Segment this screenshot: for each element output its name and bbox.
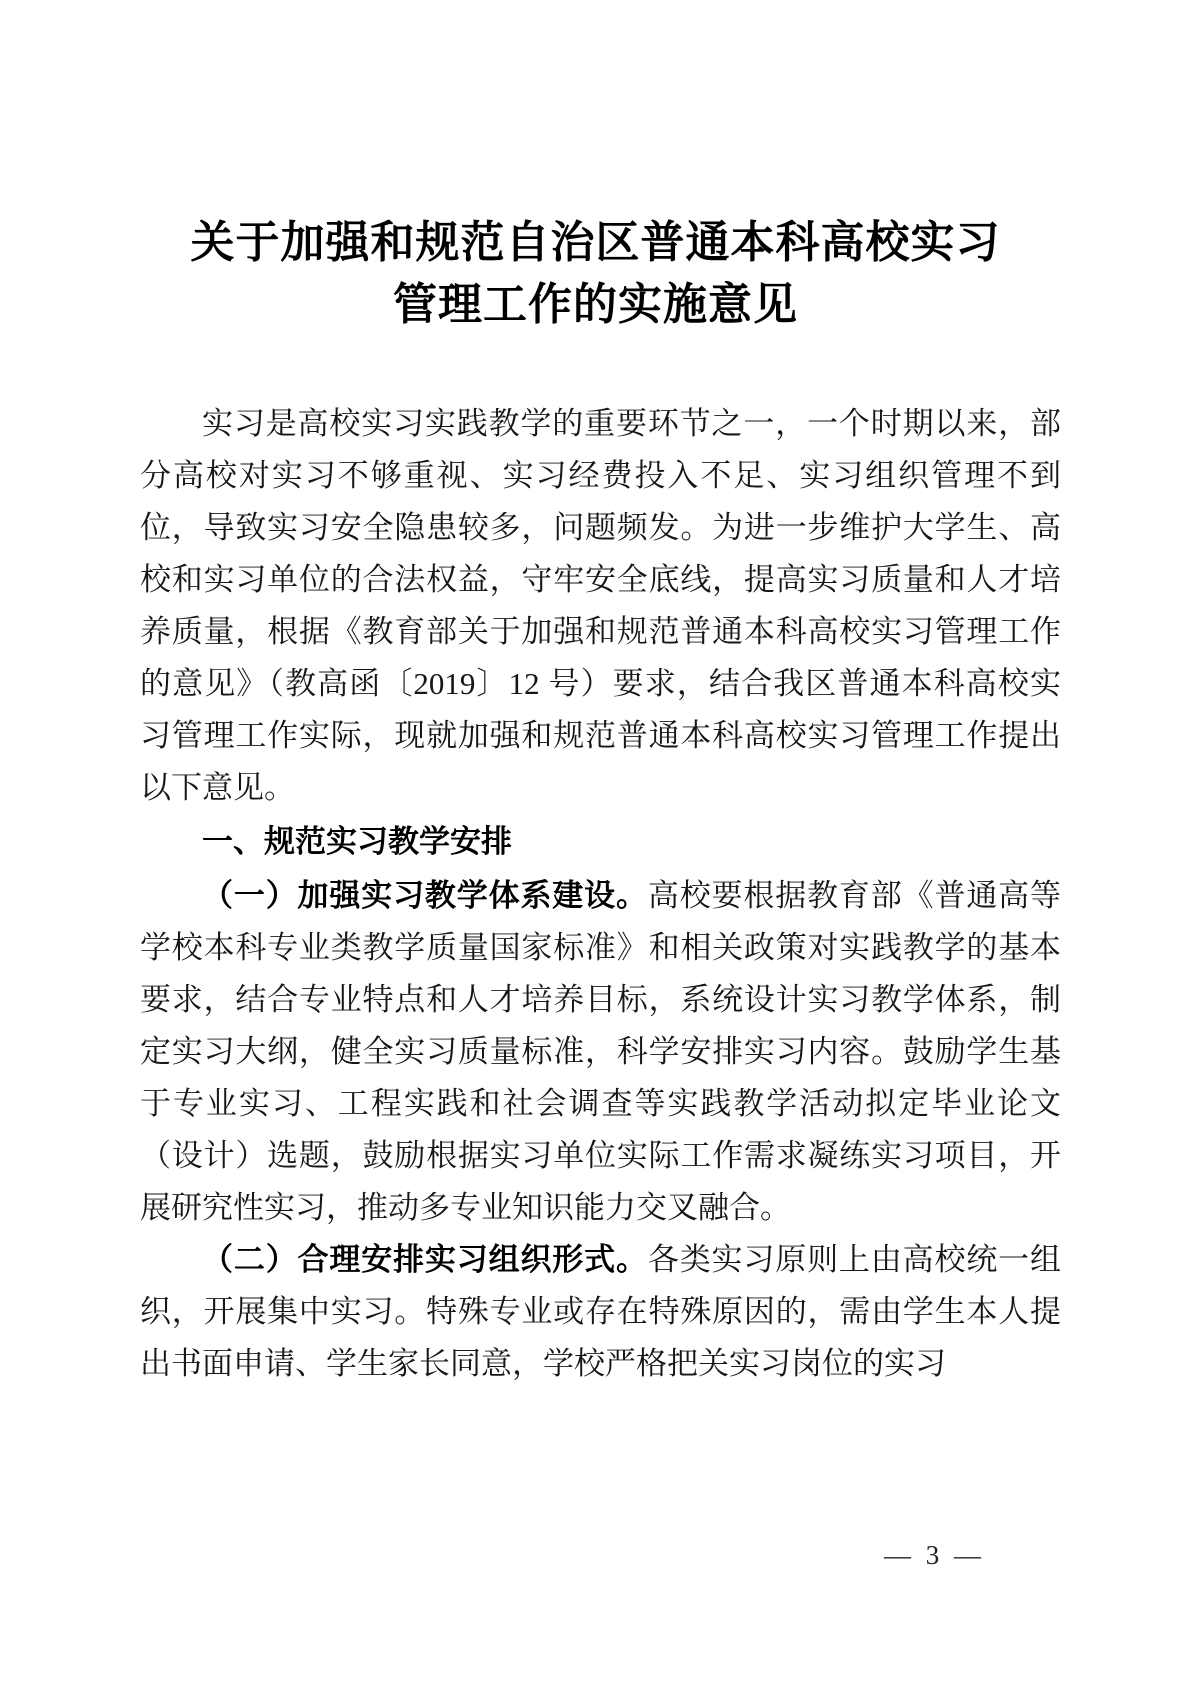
item-1-paragraph: （一）加强实习教学体系建设。高校要根据教育部《普通高等学校本科专业类教学质量国家…: [140, 870, 1061, 1234]
item-2-paragraph: （二）合理安排实习组织形式。各类实习原则上由高校统一组织，开展集中实习。特殊专业…: [140, 1234, 1061, 1390]
item-1-lead: （一）加强实习教学体系建设。: [202, 878, 648, 913]
page-number: — 3 —: [884, 1540, 985, 1571]
item-1-text: 高校要根据教育部《普通高等学校本科专业类教学质量国家标准》和相关政策对实践教学的…: [140, 878, 1061, 1225]
document-title-line-1: 关于加强和规范自治区普通本科高校实习: [0, 212, 1191, 274]
item-2-lead: （二）合理安排实习组织形式。: [202, 1242, 648, 1277]
intro-paragraph: 实习是高校实习实践教学的重要环节之一，一个时期以来，部分高校对实习不够重视、实习…: [140, 398, 1061, 814]
section-1-heading: 一、规范实习教学安排: [140, 814, 1061, 870]
document-title-line-2: 管理工作的实施意见: [0, 274, 1191, 336]
document-page: 关于加强和规范自治区普通本科高校实习 管理工作的实施意见 实习是高校实习实践教学…: [0, 0, 1191, 1684]
document-title: 关于加强和规范自治区普通本科高校实习 管理工作的实施意见: [0, 212, 1191, 336]
document-body: 实习是高校实习实践教学的重要环节之一，一个时期以来，部分高校对实习不够重视、实习…: [140, 398, 1061, 1390]
